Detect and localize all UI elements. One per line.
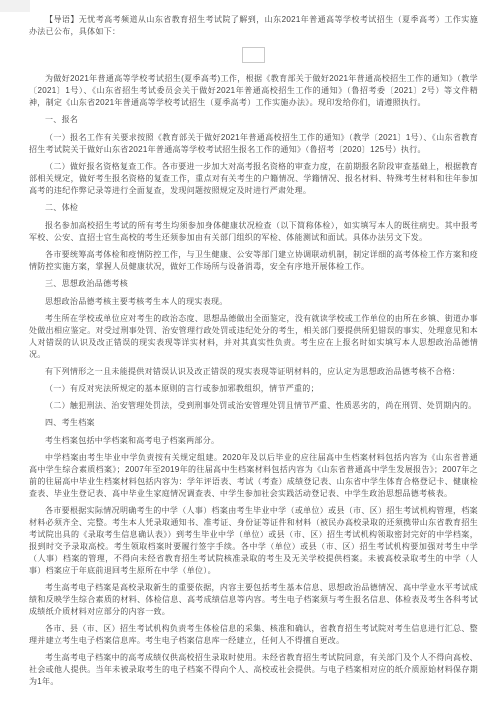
paragraph-dangan-4: 考生高考电子档案是高校录取新生的重要依据，内容主要包括考生基本信息、思想政治品德… — [29, 582, 478, 618]
preamble-paragraph: 为做好2021年普通高等学校考试招生(夏季高考)工作，根据《教育部关于做好202… — [29, 73, 478, 109]
paragraph-dangan-6: 考生高考电子档案中的高考成绩仅供高校招生录取时使用。未经省教育招生考试院同意，有… — [29, 652, 478, 688]
paragraph-dangan-1: 考生档案包括中学档案和高考电子档案两部分。 — [29, 435, 478, 447]
paragraph-dangan-2: 中学档案由考生毕业中学负责按有关规定组建。2020年及以后毕业的应往届高中生档案… — [29, 452, 478, 500]
intro-paragraph: 【导语】无忧考高考频道从山东省教育招生考试院了解到，山东2021年普通高等学校考… — [29, 14, 478, 38]
document-page: 【导语】无忧考高考频道从山东省教育招生考试院了解到，山东2021年普通高等学校考… — [0, 0, 504, 713]
paragraph-sixiang-1: 思想政治品德考核主要考核考生本人的现实表现。 — [29, 296, 478, 308]
paragraph-sixiang-3: 有下列情形之一且未能提供对错误认识及改正错误的现实表现等证明材料的，应认定为思想… — [29, 366, 478, 378]
broken-image-placeholder — [242, 47, 265, 63]
paragraph-tijian-1: 报名参加高校招生考试的所有考生均须参加身体健康状况检查（以下简称体检），如实填写… — [29, 220, 478, 244]
section-heading-sixiang: 三、思想政治品德考核 — [29, 278, 478, 290]
paragraph-dangan-3: 各市要根据实际情况明确考生的中学（人事）档案由考生毕业中学（或单位）或县（市、区… — [29, 505, 478, 577]
paragraph-dangan-5: 各市、县（市、区）招生考试机构负责考生体检信息的采集、核准和确认，省教育招生考试… — [29, 623, 478, 647]
document-body: 【导语】无忧考高考频道从山东省教育招生考试院了解到，山东2021年普通高等学校考… — [0, 0, 504, 693]
list-item-sixiang-1: （一）有反对宪法所规定的基本原则的言行或参加邪教组织，情节严重的； — [29, 383, 478, 395]
section-heading-tijian: 二、体检 — [29, 202, 478, 214]
paragraph-tijian-2: 各市要统筹高考体检和疫情防控工作，与卫生健康、公安等部门建立协调联动机制，制定详… — [29, 249, 478, 273]
paragraph-baoming-2: （二）做好报名资格复查工作。各市要进一步加大对高考报名资格的审查力度，在前期报名… — [29, 161, 478, 197]
section-heading-dangan: 四、考生档案 — [29, 417, 478, 429]
paragraph-baoming-1: （一）报名工作有关要求按照《教育部关于做好2021年普通高校招生工作的通知》（教… — [29, 132, 478, 156]
section-heading-baoming: 一、报名 — [29, 114, 478, 126]
image-placeholder-row — [29, 47, 478, 63]
paragraph-sixiang-2: 考生所在学校或单位应对考生的政治态度、思想品德做出全面鉴定，没有就读学校或工作单… — [29, 313, 478, 361]
list-item-sixiang-2: （二）触犯刑法、治安管理处罚法，受到刑事处罚或治安管理处罚且情节严重、性质恶劣的… — [29, 400, 478, 412]
